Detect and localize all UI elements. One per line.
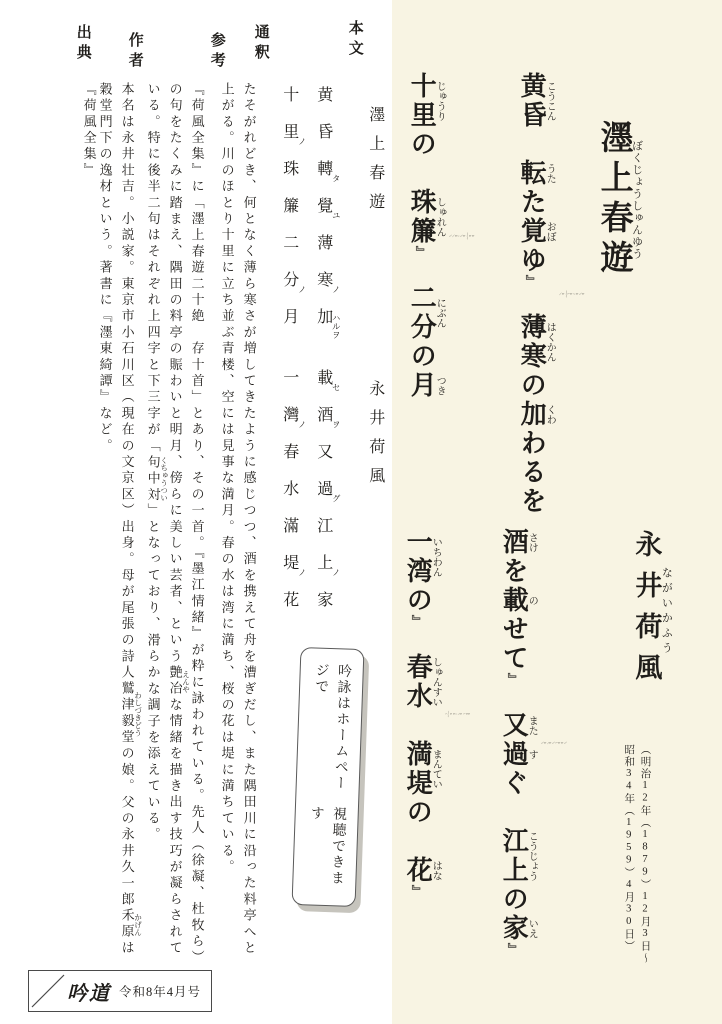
poem-author-name: 永井荷風ながいかふう [632, 530, 672, 694]
honbun-phrase-3: 十里ノ珠簾二分ノ月 [281, 86, 298, 345]
tsuyaku-column-1: たそがれどき、何となく薄ら寒さが増してきたように感じつつ、酒を携えて舟を漕ぎだし… [242, 82, 256, 957]
honbun-phrase-2: 載セ酒ヲ又過グ江上ノ家 [315, 369, 332, 628]
section-header-tsuyaku: 通釈 [252, 24, 268, 64]
poem-author-dates: （明治12年（1879）12月3日～ 昭和34年（1959）4月30日） [620, 744, 653, 965]
section-header-sanko: 参考 [208, 32, 224, 72]
chant-notation-marks [559, 82, 585, 506]
poem-title: 濹上春遊ぼくじょうしゅんゆう [596, 120, 643, 280]
poem-line-4: 一湾いちわんの』 春水しゅんすい 満堤まんていの 花はな』 [404, 528, 441, 900]
homepage-notice-text: 吟詠はホームページで 視聴できます [293, 648, 364, 906]
honbun-title-author-column: 濹上春遊永井荷風 [366, 106, 383, 496]
chant-notation-marks [449, 82, 475, 390]
poem-line-2: 酒さけを載のせて』 又また過すぐ 江上こうじょうの家いえ』 [500, 528, 537, 958]
poem-line-3-text: 十里じゅうりの 珠簾しゅれん』 二分にぶんの月つき [407, 72, 436, 400]
footer-issue: 令和8年4月号 [119, 982, 201, 1000]
author-dates-line-1: （明治12年（1879）12月3日～ [636, 744, 652, 965]
sakusha-column-2: 穀堂門下の逸材という。著書に『濹東綺譚』など。 [98, 82, 112, 455]
honbun-title: 濹上春遊 [367, 106, 384, 222]
section-header-sakusha: 作者 [126, 32, 142, 72]
footer-brand: 吟道 [67, 977, 111, 1006]
tsuyaku-column-2: 上がる。川のほとり十里に立ち並ぶ青楼、空には見事な満月。春の水は湾に満ち、桜の花… [220, 82, 234, 876]
author-dates-line-2: 昭和34年（1959）4月30日） [620, 744, 636, 965]
diagonal-slash-icon [29, 972, 67, 1010]
notice-line-1: 吟詠はホームページで [305, 662, 355, 806]
sakusha-column-1: 本名は永井壮吉。小説家。東京市小石川区（現在の文京区）出身。母が尾張の詩人鷲津毅… [120, 82, 142, 957]
shutten-column-1: 『荷風全集』 [82, 82, 96, 179]
honbun-column-2: 十里ノ珠簾二分ノ月一灣ノ春水滿堤ノ花 [280, 86, 307, 628]
poem-line-1: 黄昏こうこん 転うたた覚おぼゆ』 薄寒はくかんの加くわわるを [518, 72, 555, 516]
honbun-column-1: 黄昏轉タ覺ユ薄寒ノ加ハルヲ載セ酒ヲ又過グ江上ノ家 [314, 86, 341, 628]
magazine-page: 濹上春遊ぼくじょうしゅんゆう 黄昏こうこん 転うたた覚おぼゆ』 薄寒はくかんの加… [0, 0, 722, 1024]
poem-line-4-text: 一湾いちわんの』 春水しゅんすい 満堤まんていの 花はな』 [403, 528, 432, 900]
honbun-phrase-1: 黄昏轉タ覺ユ薄寒ノ加ハルヲ [315, 86, 332, 345]
chant-notation-marks [445, 538, 471, 890]
honbun-phrase-4: 一灣ノ春水滿堤ノ花 [281, 369, 298, 628]
poem-line-1-text: 黄昏こうこん 転うたた覚おぼゆ』 薄寒はくかんの加くわわるを [517, 72, 546, 516]
sanko-column-3: いる。特に後半二句はそれぞれ上四字と下三字が「句中対くちゅうつい」となっており、… [146, 82, 168, 843]
footer-issue-box: 吟道 令和8年4月号 [28, 970, 212, 1012]
notice-line-2: 視聴できます [302, 805, 350, 892]
honbun-author: 永井荷風 [367, 380, 384, 496]
section-header-honbun: 本文 [346, 20, 362, 60]
chant-notation-marks [541, 538, 567, 948]
sanko-column-2: の句をたくみに踏まえ、隅田の料亭の賑わいと明月、傍らに美しい芸者、という艶冶えん… [168, 82, 190, 957]
section-header-shutten: 出典 [74, 24, 90, 64]
poem-line-3: 十里じゅうりの 珠簾しゅれん』 二分にぶんの月つき [408, 72, 445, 400]
poem-line-2-text: 酒さけを載のせて』 又また過すぐ 江上こうじょうの家いえ』 [499, 528, 528, 958]
homepage-notice-box: 吟詠はホームページで 視聴できます [292, 647, 365, 907]
sanko-column-1: 『荷風全集』に「濹上春遊二十絶 存十首」とあり、その一首。『墨江情緒』が粋に詠わ… [190, 82, 204, 967]
